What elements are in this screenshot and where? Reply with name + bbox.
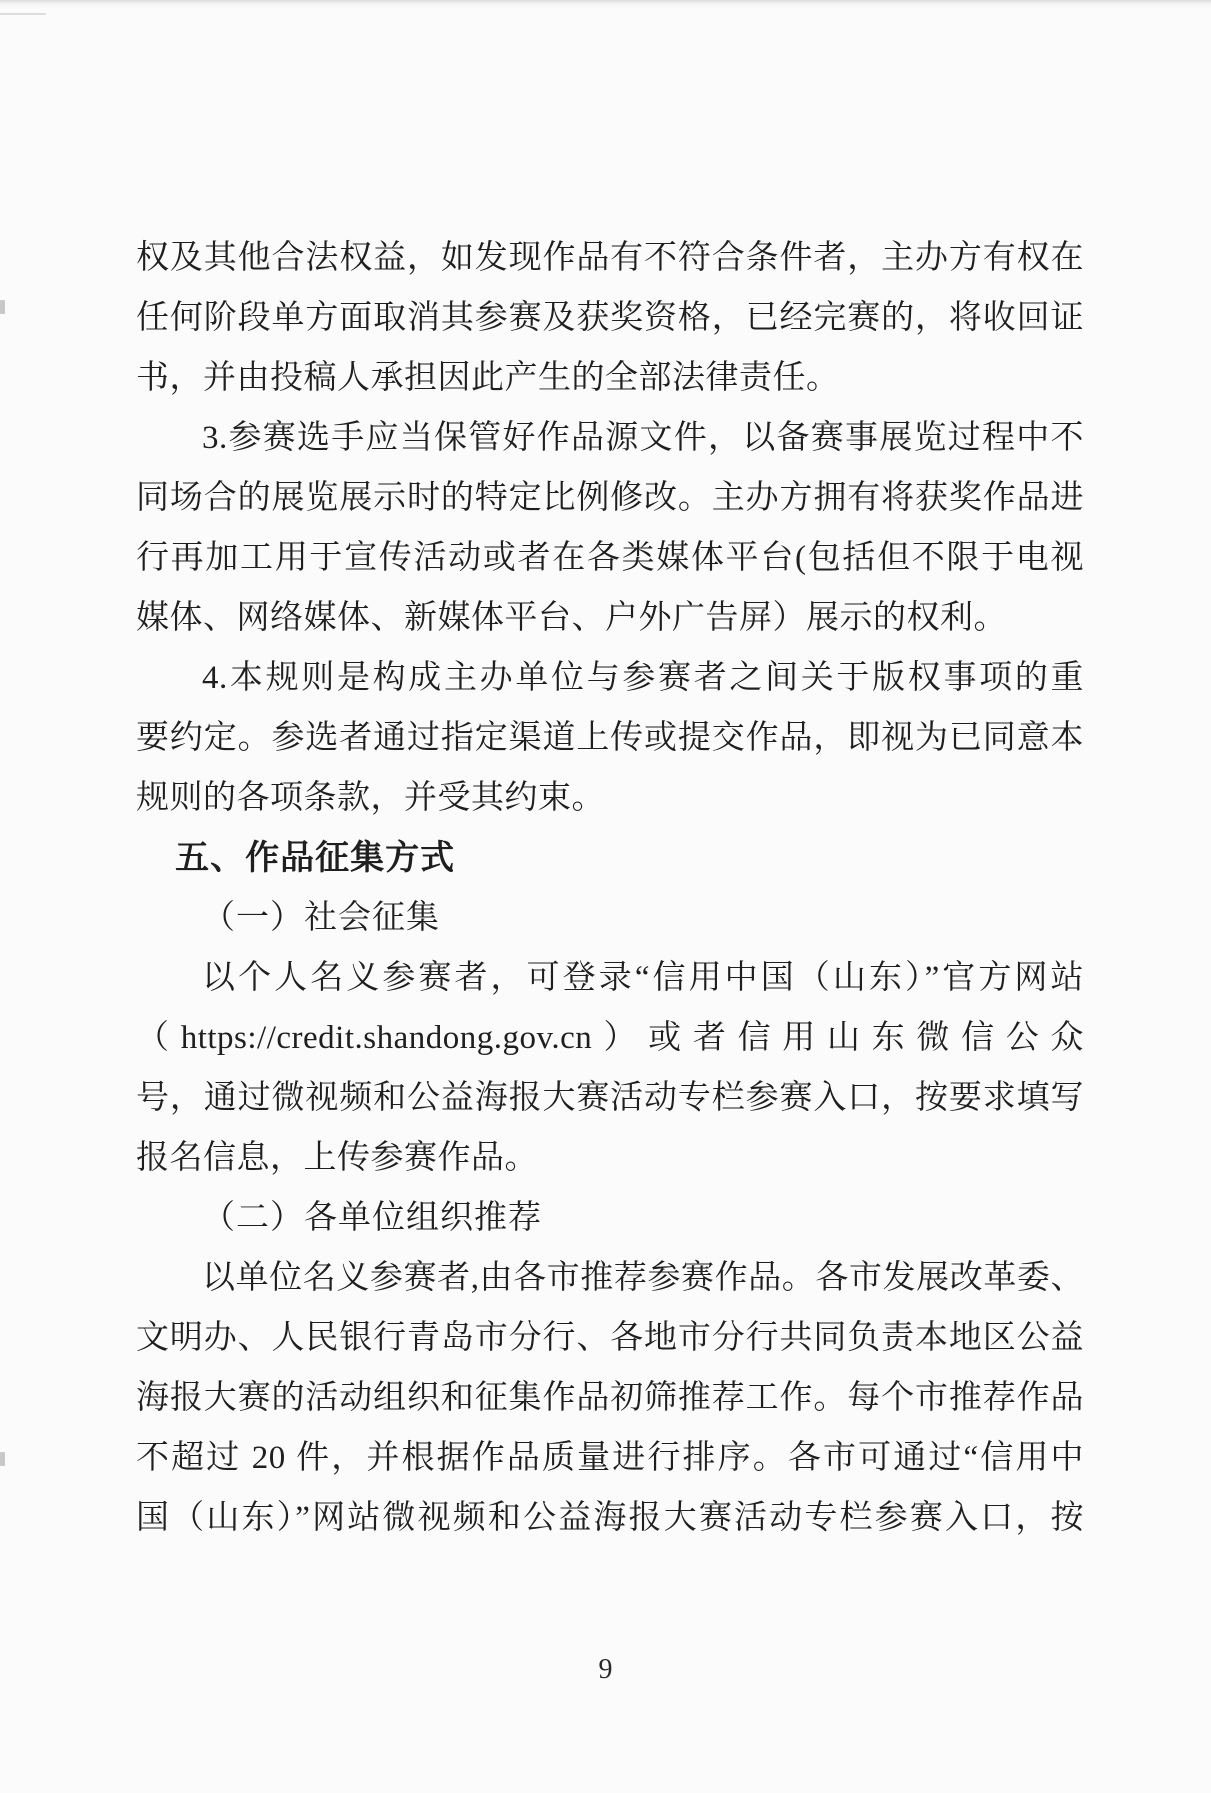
text-line: 4.本规则是构成主办单位与参赛者之间关于版权事项的重: [136, 648, 1084, 708]
text-line: 报名信息，上传参赛作品。: [136, 1128, 1084, 1188]
scan-speck: [0, 1452, 5, 1466]
text-line: 以单位名义参赛者,由各市推荐参赛作品。各市发展改革委、: [136, 1248, 1084, 1308]
text-line: 海报大赛的活动组织和征集作品初筛推荐工作。每个市推荐作品: [136, 1368, 1084, 1428]
text-line: 媒体、网络媒体、新媒体平台、户外广告屏）展示的权利。: [136, 588, 1084, 648]
subsection-heading: （二）各单位组织推荐: [136, 1188, 1084, 1248]
text-line: 要约定。参选者通过指定渠道上传或提交作品，即视为已同意本: [136, 708, 1084, 768]
text-line: 权及其他合法权益，如发现作品有不符合条件者，主办方有权在: [136, 228, 1084, 288]
document-body: 权及其他合法权益，如发现作品有不符合条件者，主办方有权在任何阶段单方面取消其参赛…: [136, 228, 1084, 1548]
text-line: 3.参赛选手应当保管好作品源文件，以备赛事展览过程中不: [136, 408, 1084, 468]
scan-edge-artifact: [0, 0, 1211, 4]
text-line: 书，并由投稿人承担因此产生的全部法律责任。: [136, 348, 1084, 408]
section-heading: 五、作品征集方式: [136, 828, 1084, 888]
document-page: 权及其他合法权益，如发现作品有不符合条件者，主办方有权在任何阶段单方面取消其参赛…: [0, 0, 1211, 1793]
text-line: 国（山东）”网站微视频和公益海报大赛活动专栏参赛入口，按: [136, 1488, 1084, 1548]
subsection-heading: （一）社会征集: [136, 888, 1084, 948]
text-line: 规则的各项条款，并受其约束。: [136, 768, 1084, 828]
text-line: 同场合的展览展示时的特定比例修改。主办方拥有将获奖作品进: [136, 468, 1084, 528]
scan-mark-artifact: [0, 13, 46, 15]
text-line: 文明办、人民银行青岛市分行、各地市分行共同负责本地区公益: [136, 1308, 1084, 1368]
text-line: 任何阶段单方面取消其参赛及获奖资格，已经完赛的，将收回证: [136, 288, 1084, 348]
text-line: 号，通过微视频和公益海报大赛活动专栏参赛入口，按要求填写: [136, 1068, 1084, 1128]
page-number: 9: [0, 1650, 1211, 1690]
text-line: 以个人名义参赛者，可登录“信用中国（山东）”官方网站: [136, 948, 1084, 1008]
text-line: （https://credit.shandong.gov.cn）或者信用山东微信…: [136, 1008, 1084, 1068]
scan-speck: [0, 300, 5, 314]
text-line: 行再加工用于宣传活动或者在各类媒体平台(包括但不限于电视: [136, 528, 1084, 588]
text-line: 不超过 20 件，并根据作品质量进行排序。各市可通过“信用中: [136, 1428, 1084, 1488]
